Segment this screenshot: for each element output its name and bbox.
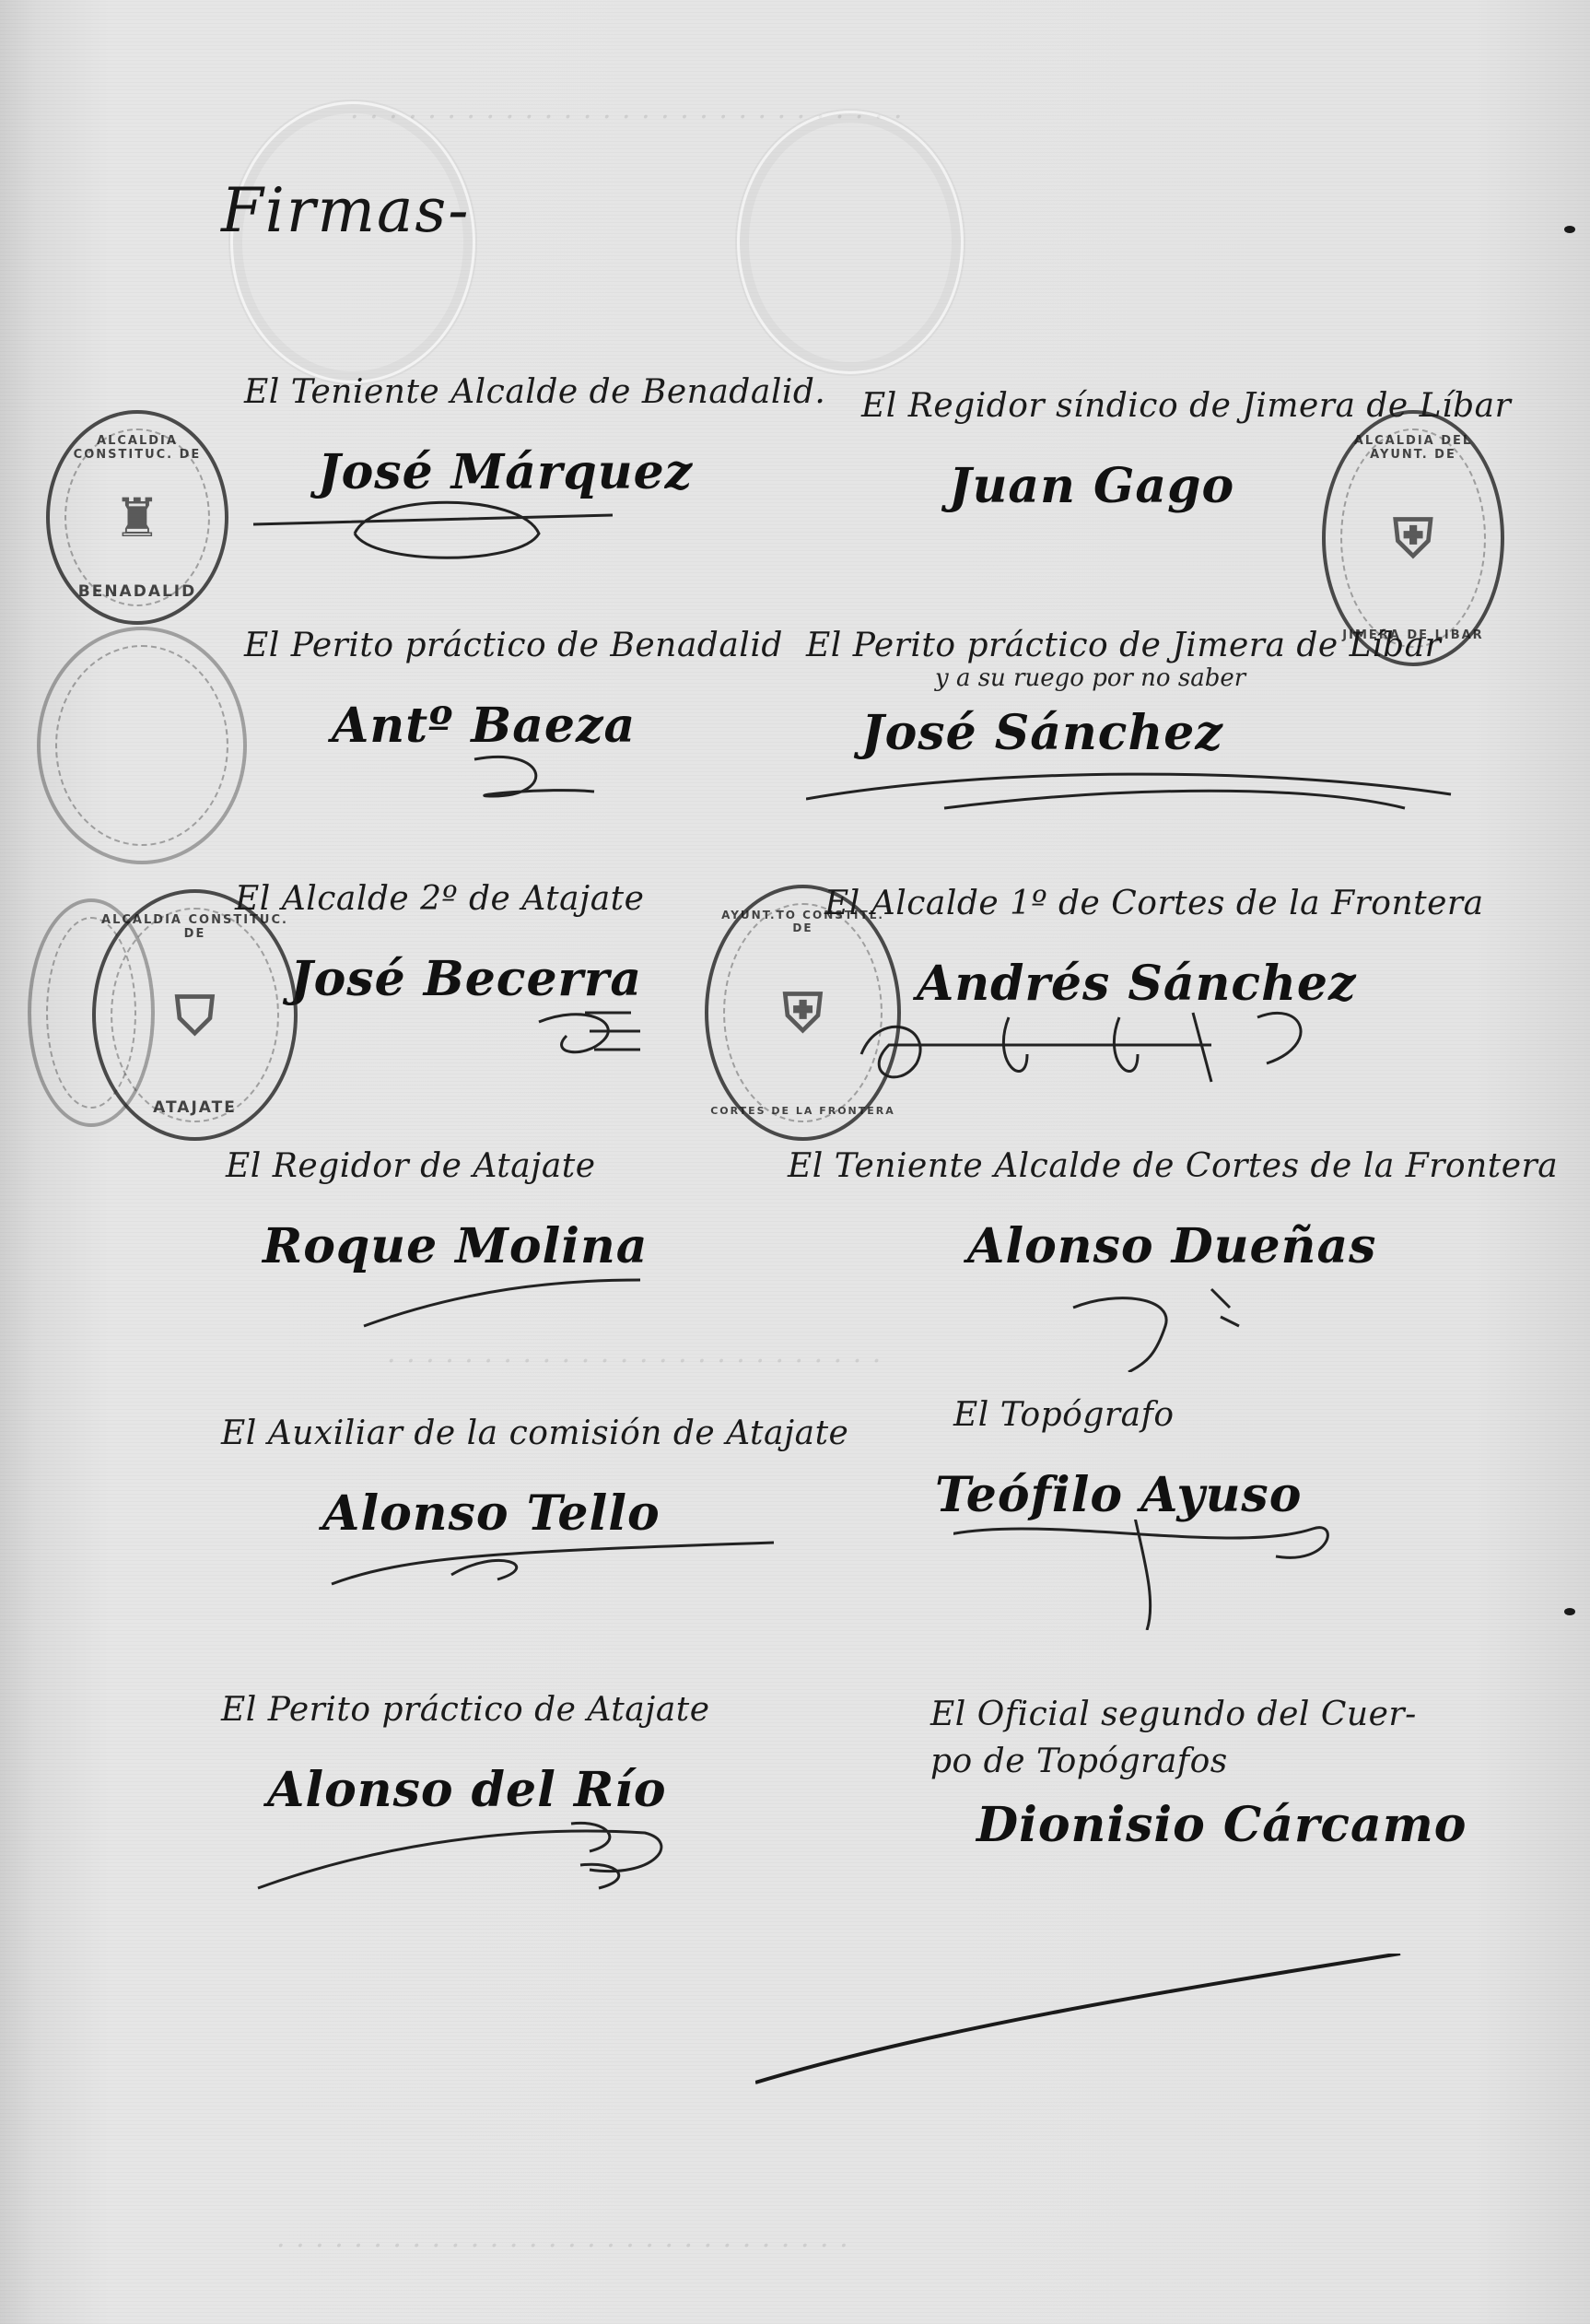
stamp-top-text: AYUNT.TO CONSTITL. DE bbox=[708, 909, 897, 934]
signature-flourish bbox=[235, 1004, 659, 1068]
binding-hole-mark bbox=[1564, 226, 1575, 233]
signature-flourish bbox=[226, 1271, 668, 1335]
signature-flourish bbox=[221, 1538, 792, 1593]
shield-icon: ⛉ bbox=[175, 989, 216, 1042]
signature-block: El Auxiliar de la comisión de Atajate Al… bbox=[221, 1414, 848, 1593]
signatory-title: El Regidor de Atajate bbox=[226, 1147, 668, 1185]
page-heading: Firmas- bbox=[221, 175, 471, 246]
signature-block: El Alcalde 1º de Cortes de la Frontera A… bbox=[824, 885, 1484, 1091]
stamp-faint-impression bbox=[28, 898, 155, 1127]
signature-flourish bbox=[953, 1520, 1340, 1630]
document-page: · · · · · · · · · · · · · · · · · · · · … bbox=[0, 0, 1590, 2324]
tower-icon: ♜ bbox=[113, 491, 161, 545]
signatory-title: El Auxiliar de la comisión de Atajate bbox=[221, 1414, 848, 1452]
signature: José Márquez bbox=[318, 444, 825, 500]
signatory-title: El Alcalde 2º de Atajate bbox=[235, 880, 659, 918]
signature-flourish-long bbox=[755, 1954, 1419, 2092]
signature: Alonso Tello bbox=[322, 1485, 848, 1542]
stamp-bottom-text: BENADALID bbox=[50, 582, 225, 601]
signature: Roque Molina bbox=[263, 1218, 668, 1274]
signature-flourish bbox=[824, 1008, 1377, 1091]
stamp-jimera-de-libar: ALCALDIA DEL AYUNT. DE ⛨ JIMERA DE LIBAR bbox=[1322, 410, 1504, 666]
signatory-title: El Teniente Alcalde de Cortes de la Fron… bbox=[788, 1147, 1558, 1185]
signatory-note: y a su ruego por no saber bbox=[935, 664, 1469, 692]
signature: Alonso Dueñas bbox=[967, 1218, 1558, 1274]
stamp-benadalid: ALCALDIA CONSTITUC. DE ♜ BENADALID bbox=[46, 410, 228, 625]
stamp-bottom-text: JIMERA DE LIBAR bbox=[1326, 628, 1501, 642]
signatory-title: El Alcalde 1º de Cortes de la Frontera bbox=[824, 885, 1484, 922]
signature: Teófilo Ayuso bbox=[935, 1467, 1340, 1523]
signature: José Sánchez bbox=[861, 705, 1469, 761]
crowned-shield-icon: ⛨ bbox=[1393, 511, 1433, 565]
signature-block: El Perito práctico de Atajate Alonso del… bbox=[221, 1691, 710, 1897]
binding-hole-mark bbox=[1564, 1608, 1575, 1615]
signature-block: El Perito práctico de Jimera de Líbar y … bbox=[806, 627, 1469, 822]
signature-block: El Alcalde 2º de Atajate José Becerra bbox=[235, 880, 659, 1068]
signatory-title: El Perito práctico de Benadalid bbox=[244, 627, 783, 664]
stamp-faint-impression bbox=[37, 627, 247, 864]
signatory-title-continued: po de Topógrafos bbox=[930, 1743, 1467, 1780]
signature-flourish bbox=[244, 750, 659, 805]
signature-flourish bbox=[244, 497, 659, 570]
bleed-through-text: · · · · · · · · · · · · · · · · · · · · … bbox=[276, 2230, 849, 2262]
signature-block: El Topógrafo Teófilo Ayuso bbox=[953, 1396, 1340, 1630]
signature-block: El Oficial segundo del Cuer- po de Topóg… bbox=[930, 1696, 1467, 1853]
signature-flourish bbox=[806, 757, 1469, 822]
signature-block: El Teniente Alcalde de Benadalid. José M… bbox=[244, 373, 825, 570]
signature: Antº Baeza bbox=[332, 698, 783, 754]
signature: Alonso del Río bbox=[267, 1762, 710, 1818]
signature: José Becerra bbox=[290, 951, 659, 1007]
signature: Dionisio Cárcamo bbox=[976, 1797, 1467, 1853]
stamp-bottom-text: CORTES DE LA FRONTERA bbox=[708, 1105, 897, 1117]
signatory-title: El Oficial segundo del Cuer- bbox=[930, 1696, 1467, 1733]
signature-block: El Regidor de Atajate Roque Molina bbox=[226, 1147, 668, 1335]
signature-block: El Teniente Alcalde de Cortes de la Fron… bbox=[788, 1147, 1558, 1372]
signature-flourish bbox=[221, 1814, 700, 1897]
stamp-top-text: ALCALDIA CONSTITUC. DE bbox=[50, 434, 225, 462]
signature-flourish bbox=[788, 1271, 1267, 1372]
signatory-title: El Teniente Alcalde de Benadalid. bbox=[244, 373, 825, 411]
stamp-top-text: ALCALDIA DEL AYUNT. DE bbox=[1326, 434, 1501, 462]
crowned-shield-icon: ⛨ bbox=[783, 986, 824, 1039]
signature: Andrés Sánchez bbox=[917, 956, 1484, 1012]
signatory-title: El Perito práctico de Atajate bbox=[221, 1691, 710, 1729]
embossed-seal bbox=[737, 111, 964, 374]
stamp-cortes-de-la-frontera: AYUNT.TO CONSTITL. DE ⛨ CORTES DE LA FRO… bbox=[705, 885, 901, 1141]
signatory-title: El Topógrafo bbox=[953, 1396, 1340, 1434]
signature-block: El Perito práctico de Benadalid Antº Bae… bbox=[244, 627, 783, 805]
